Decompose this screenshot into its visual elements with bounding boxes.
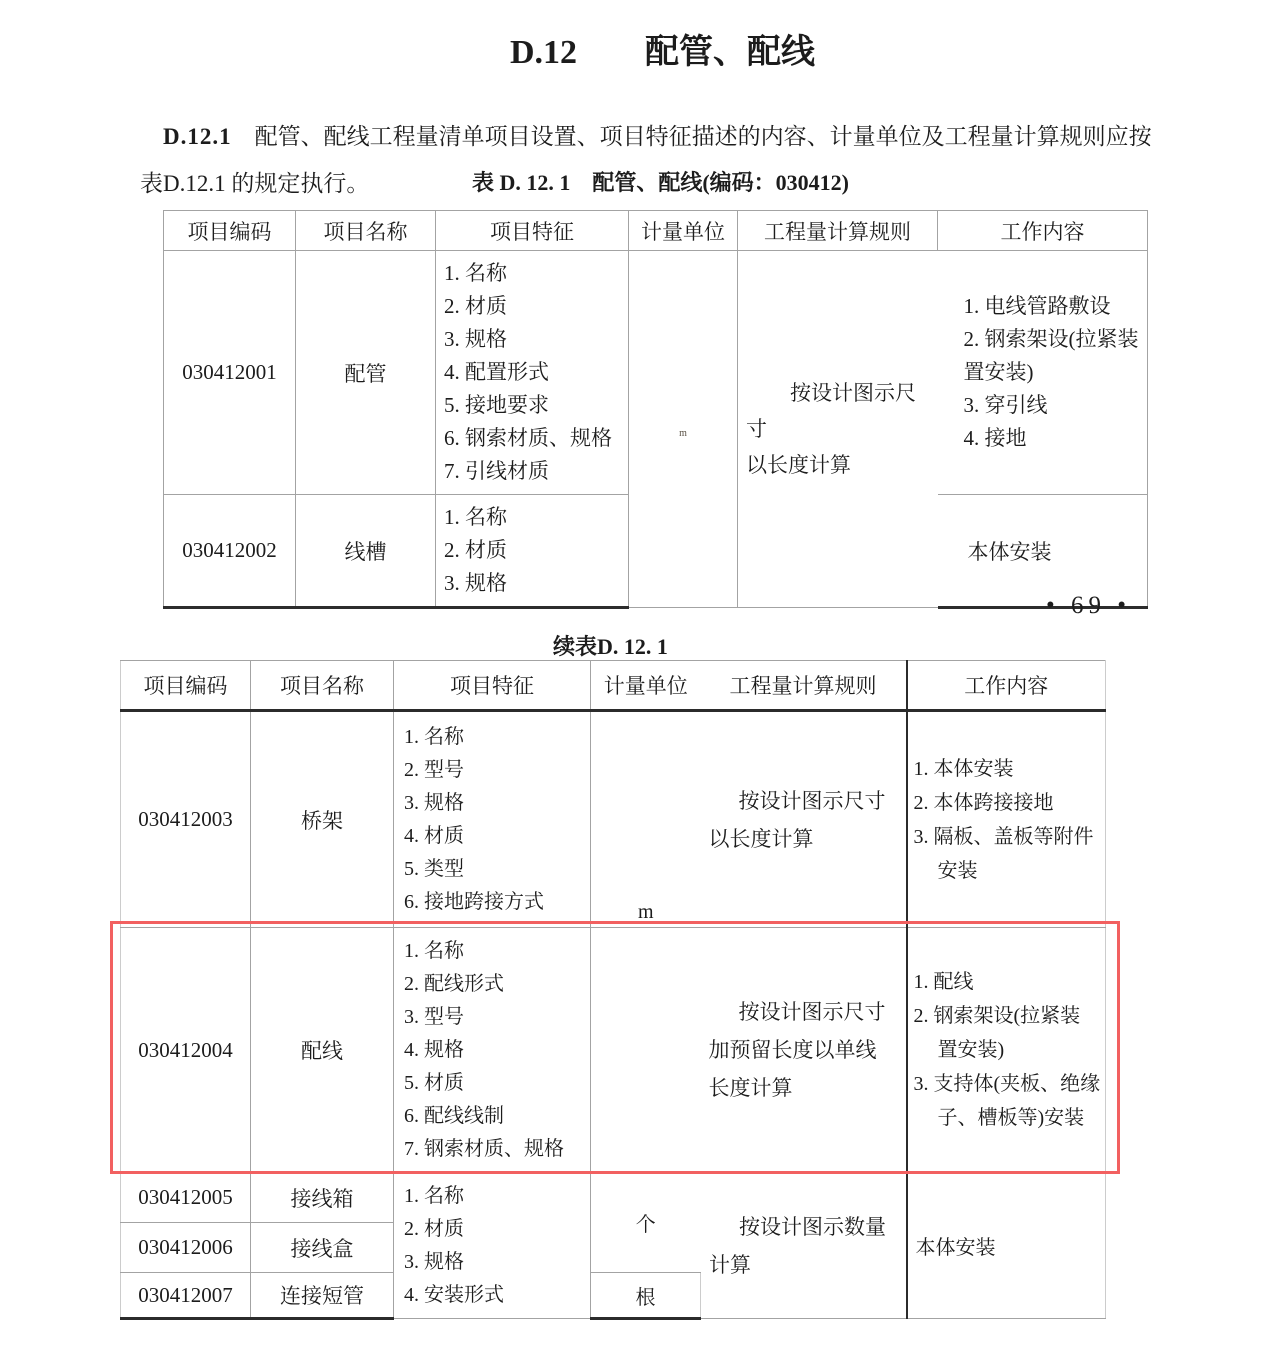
feature-item: 3. 规格 [444, 323, 624, 356]
feature-item: 7. 引线材质 [444, 455, 624, 488]
feature-item: 2. 型号 [404, 754, 586, 787]
feature-item: 6. 钢索材质、规格 [444, 422, 624, 455]
work-cell: 本体安装 [907, 1173, 1106, 1319]
work-list: 1. 电线管路敷设 2. 钢索架设(拉紧装 置安装) 3. 穿引线 4. 接地 [938, 251, 1148, 495]
feature-list: 1. 名称 2. 材质 3. 规格 [436, 495, 629, 608]
rule-cell: 按设计图示数量 计算 [701, 1173, 907, 1319]
column-header-rule: 工程量计算规则 [701, 661, 907, 711]
name-cell: 线槽 [296, 495, 436, 608]
work-item: 4. 接地 [964, 422, 1146, 455]
column-header-feature: 项目特征 [436, 211, 629, 251]
name-cell: 桥架 [251, 711, 394, 928]
work-item: 3. 隔板、盖板等附件 [914, 820, 1106, 854]
page-title: D.12 配管、配线 [0, 24, 1269, 73]
work-list: 1. 本体安装 2. 本体跨接接地 3. 隔板、盖板等附件 安装 [907, 711, 1106, 928]
feature-item: 4. 材质 [404, 820, 586, 853]
quantity-table-1: 项目编码 项目名称 项目特征 计量单位 工程量计算规则 工作内容 0304120… [163, 210, 1148, 609]
rule-line: 按设计图示尺寸 [746, 375, 934, 447]
column-header-unit: 计量单位 [629, 211, 738, 251]
column-header-work: 工作内容 [938, 211, 1148, 251]
column-header-name: 项目名称 [296, 211, 436, 251]
work-cell: 本体安装 [938, 495, 1148, 608]
table1-caption: 表 D. 12. 1 配管、配线(编码：030412) [0, 166, 1269, 197]
feature-item: 1. 名称 [404, 1180, 586, 1213]
page-number: • 69 • [1046, 592, 1131, 620]
feature-item: 2. 材质 [444, 534, 624, 567]
feature-item: 1. 名称 [444, 257, 624, 290]
feature-item: 2. 材质 [444, 290, 624, 323]
name-cell: 连接短管 [251, 1273, 394, 1319]
clause-number: D.12.1 [163, 124, 232, 149]
feature-item: 4. 配置形式 [444, 356, 624, 389]
unit-value: 根 [636, 1287, 656, 1309]
unit-cell: m [629, 251, 738, 608]
feature-item: 4. 安装形式 [404, 1279, 586, 1312]
work-item-cont: 置安装) [964, 356, 1146, 389]
column-header-unit: 计量单位 [591, 661, 701, 711]
rule-cell: 按设计图示尺寸 以长度计算 [738, 251, 938, 608]
feature-item: 2. 材质 [404, 1213, 586, 1246]
code-cell: 030412005 [121, 1173, 251, 1223]
table2-caption: 续表D. 12. 1 [0, 630, 1245, 661]
feature-list: 1. 名称 2. 型号 3. 规格 4. 材质 5. 类型 6. 接地跨接方式 [394, 711, 591, 928]
unit-cell: 根 [591, 1273, 701, 1319]
rule-line: 以长度计算 [746, 447, 934, 483]
code-cell: 030412007 [121, 1273, 251, 1319]
feature-item: 1. 名称 [444, 501, 624, 534]
code-cell: 030412006 [121, 1223, 251, 1273]
feature-list: 1. 名称 2. 材质 3. 规格 4. 安装形式 [394, 1173, 591, 1319]
column-header-feature: 项目特征 [394, 661, 591, 711]
feature-item: 1. 名称 [404, 721, 586, 754]
feature-item: 6. 接地跨接方式 [404, 886, 586, 919]
unit-value: m [638, 901, 654, 923]
table2-row-030412005: 030412005 接线箱 1. 名称 2. 材质 3. 规格 4. 安装形式 … [121, 1173, 1106, 1223]
work-item: 1. 本体安装 [914, 752, 1106, 786]
feature-item: 5. 类型 [404, 853, 586, 886]
code-cell: 030412002 [164, 495, 296, 608]
feature-item: 3. 规格 [404, 1246, 586, 1279]
code-cell: 030412003 [121, 711, 251, 928]
column-header-name: 项目名称 [251, 661, 394, 711]
column-header-code: 项目编码 [164, 211, 296, 251]
code-cell: 030412001 [164, 251, 296, 495]
work-item: 2. 本体跨接接地 [914, 786, 1106, 820]
table1-row-030412001: 030412001 配管 1. 名称 2. 材质 3. 规格 4. 配置形式 5… [164, 251, 1148, 495]
table1-header-row: 项目编码 项目名称 项目特征 计量单位 工程量计算规则 工作内容 [164, 211, 1148, 251]
column-header-code: 项目编码 [121, 661, 251, 711]
unit-value: 个 [636, 1214, 656, 1236]
column-header-rule: 工程量计算规则 [738, 211, 938, 251]
unit-cell: 个 [591, 1173, 701, 1273]
feature-list: 1. 名称 2. 材质 3. 规格 4. 配置形式 5. 接地要求 6. 钢索材… [436, 251, 629, 495]
rule-line: 按设计图示尺寸 [709, 782, 902, 820]
feature-item: 3. 规格 [404, 787, 586, 820]
name-cell: 接线盒 [251, 1223, 394, 1273]
work-item: 3. 穿引线 [964, 389, 1146, 422]
name-cell: 接线箱 [251, 1173, 394, 1223]
column-header-work: 工作内容 [907, 661, 1106, 711]
name-cell: 配管 [296, 251, 436, 495]
rule-cell: 按设计图示尺寸 以长度计算 [701, 711, 907, 928]
rule-line: 按设计图示数量 [709, 1208, 902, 1246]
feature-item: 5. 接地要求 [444, 389, 624, 422]
unit-cell: m [591, 711, 701, 928]
rule-line: 以长度计算 [709, 820, 902, 858]
work-item-cont: 安装 [914, 854, 1106, 888]
table2-row-030412003: 030412003 桥架 1. 名称 2. 型号 3. 规格 4. 材质 5. … [121, 711, 1106, 928]
highlight-box [110, 921, 1120, 1174]
work-item: 2. 钢索架设(拉紧装 [964, 323, 1146, 356]
feature-item: 3. 规格 [444, 567, 624, 600]
document-page: D.12 配管、配线 D.12.1 配管、配线工程量清单项目设置、项目特征描述的… [0, 0, 1269, 1350]
work-item: 1. 电线管路敷设 [964, 290, 1146, 323]
table2-header-row: 项目编码 项目名称 项目特征 计量单位 工程量计算规则 工作内容 [121, 661, 1106, 711]
unit-value: m [679, 428, 687, 439]
rule-line: 计算 [709, 1246, 902, 1284]
